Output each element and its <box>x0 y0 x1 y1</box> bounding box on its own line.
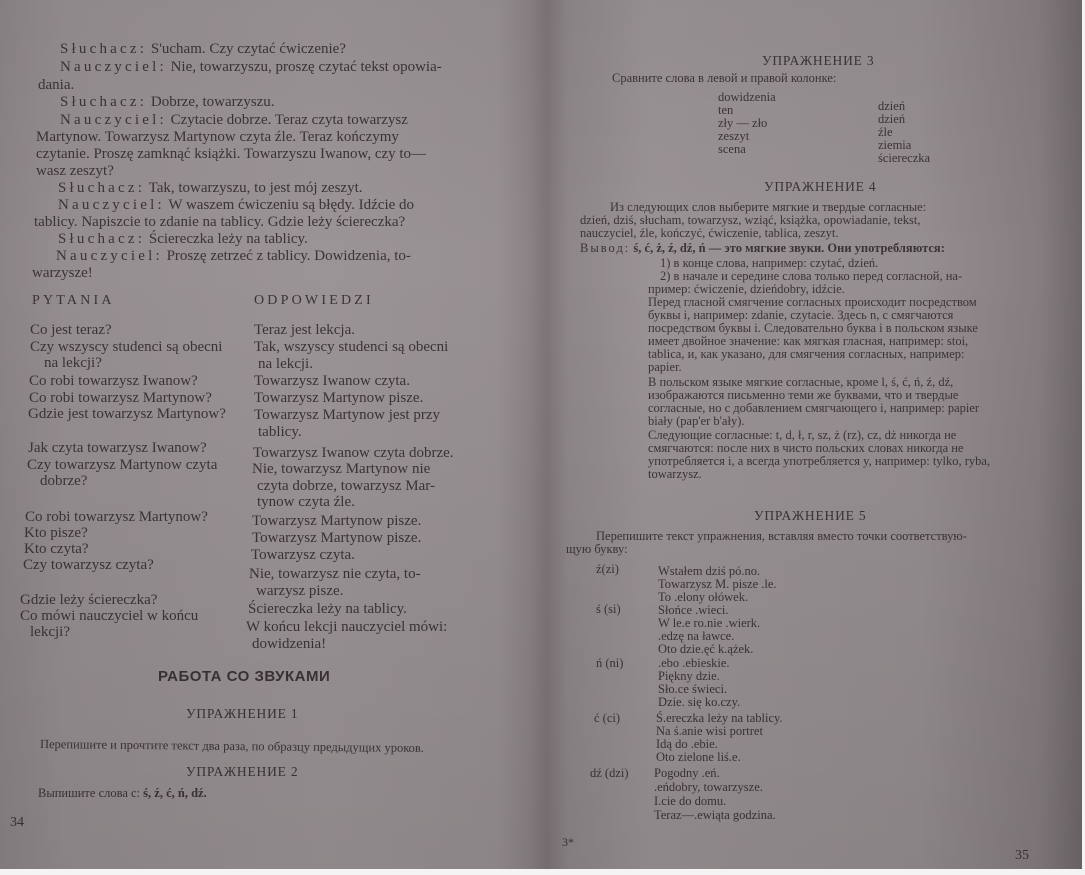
dialogue-cont: Martynow. Towarzysz Martynow czyta źle. … <box>36 129 399 145</box>
dialogue-cont: tablicy. Napiszcie to zdanie na tablicy.… <box>34 214 405 230</box>
rule-line: tablica, и, как указано, для смягчения с… <box>648 348 964 361</box>
rule-line: biały (pap'er b'ały). <box>648 415 744 428</box>
answer: Ściereczka leży na tablicy. <box>248 601 407 617</box>
group-letter: dź (dzi) <box>590 767 629 780</box>
conclusion: Вывод: ś, ć, ż, ź, dź, ń — это мягкие зв… <box>580 242 945 255</box>
dialogue-cont: warzysze! <box>32 265 93 281</box>
left-page: Słuchacz: S'ucham. Czy czytać ćwiczenie?… <box>0 0 520 869</box>
answer: tynow czyta źle. <box>257 494 355 510</box>
dialogue-cont: czytanie. Proszę zamknąć książki. Towarz… <box>36 146 426 162</box>
group-letter: ń (ni) <box>596 657 623 670</box>
exercise-line: .eńdobry, towarzysze. <box>654 781 763 794</box>
question: Czy wszyscy studenci są obecni <box>30 339 222 355</box>
answers-header: ODPOWIEDZI <box>254 293 374 309</box>
answer: Towarzysz Iwanow czyta. <box>254 373 410 389</box>
dialogue-line: Nauczyciel: Proszę zetrzeć z tablicy. Do… <box>56 248 411 264</box>
answer: na lekcji. <box>258 356 313 372</box>
dialogue-cont: dania. <box>38 77 74 93</box>
answer: czyta dobrze, towarzysz Mar- <box>257 478 435 494</box>
question: Co robi towarzysz Martynow? <box>25 509 208 525</box>
bottom-edge <box>0 869 1085 875</box>
exercise-4-line: nauczyciel, źle, kończyć, ćwiczenie, tab… <box>580 227 839 240</box>
ex3-right-word: ściereczka <box>878 152 930 165</box>
exercise-line: Dzie. się ko.czy. <box>658 696 740 709</box>
exercise-line: Oto zielone liś.e. <box>656 751 741 764</box>
dialogue-line: Nauczyciel: Czytacie dobrze. Teraz czyta… <box>60 112 408 128</box>
answer: Towarzysz Iwanow czyta dobrze. <box>253 445 454 461</box>
answer: Towarzysz Martynow pisze. <box>254 390 423 406</box>
answer: Towarzysz Martynow pisze. <box>252 513 421 529</box>
exercise-5-title: УПРАЖНЕНИЕ 5 <box>754 508 866 524</box>
question: Co robi towarzysz Martynow? <box>29 390 212 406</box>
answer: tablicy. <box>258 424 302 440</box>
answer: Tak, wszyscy studenci są obecni <box>254 339 448 355</box>
exercise-3-title: УПРАЖНЕНИЕ 3 <box>762 53 874 69</box>
section-title: РАБОТА СО ЗВУКАМИ <box>158 669 330 685</box>
group-letter: ś (si) <box>596 603 621 616</box>
question: Czy towarzysz Martynow czyta <box>27 457 217 473</box>
answer: Towarzysz czyta. <box>251 547 355 563</box>
page-number-left: 34 <box>10 815 24 831</box>
exercise-5-instruction: щую букву: <box>566 543 628 556</box>
question: Co jest teraz? <box>30 322 112 338</box>
rule-line: towarzysz. <box>648 468 702 481</box>
ex3-left-word: scena <box>718 143 746 156</box>
dialogue-line: Słuchacz: Ściereczka leży na tablicy. <box>58 231 308 247</box>
question: dobrze? <box>40 473 87 489</box>
dialogue-line: Słuchacz: Tak, towarzyszu, to jest mój z… <box>58 180 362 196</box>
exercise-2-text: Выпишите слова с: ś, ź, ć, ń, dź. <box>38 787 207 800</box>
exercise-line: I.cie do domu. <box>654 795 726 808</box>
exercise-3-instruction: Сравните слова в левой и правой колонке: <box>612 72 836 85</box>
question: Gdzie jest towarzysz Martynow? <box>28 406 226 422</box>
dialogue-cont: wasz zeszyt? <box>36 163 114 179</box>
exercise-1-title: УПРАЖНЕНИЕ 1 <box>186 706 298 722</box>
exercise-line: Teraz—.ewiąta godzina. <box>654 809 776 822</box>
dialogue-line: Słuchacz: Dobrze, towarzyszu. <box>60 94 275 110</box>
dialogue-line: Słuchacz: S'ucham. Czy czytać ćwiczenie? <box>60 41 346 57</box>
dialogue-line: Nauczyciel: Nie, towarzyszu, proszę czyt… <box>60 59 442 75</box>
answer: Teraz jest lekcja. <box>254 322 355 338</box>
page-number-right: 35 <box>1015 848 1029 864</box>
question: Co robi towarzysz Iwanow? <box>29 373 198 389</box>
rule-line: papier. <box>648 361 682 374</box>
answer: W końcu lekcji nauczyciel mówi: <box>246 619 447 635</box>
question: Czy towarzysz czyta? <box>23 557 154 573</box>
answer: Nie, towarzysz nie czyta, to- <box>249 566 421 582</box>
right-page: УПРАЖНЕНИЕ 3 Сравните слова в левой и пр… <box>538 0 1082 869</box>
exercise-5-instruction: Перепишите текст упражнения, вставляя вм… <box>596 530 967 543</box>
question: lekcji? <box>30 624 70 640</box>
answer: warzysz pisze. <box>256 583 343 599</box>
group-letter: ć (ci) <box>594 712 620 725</box>
exercise-1-text: Перепишите и прочтите текст два раза, по… <box>40 738 424 755</box>
question: na lekcji? <box>44 355 102 371</box>
exercise-line: Oto dzie.ęć k.ążek. <box>658 643 753 656</box>
question: Gdzie leży ściereczka? <box>20 592 157 608</box>
exercise-2-title: УПРАЖНЕНИЕ 2 <box>186 764 298 780</box>
dialogue-line: Nauczyciel: W waszem ćwiczeniu są błędy.… <box>58 197 414 213</box>
book-spread: Słuchacz: S'ucham. Czy czytać ćwiczenie?… <box>0 0 1082 869</box>
question: Kto czyta? <box>24 541 89 557</box>
exercise-line: Pogodny .eń. <box>654 767 720 780</box>
signature-mark: 3* <box>562 834 574 850</box>
answer: Nie, towarzysz Martynow nie <box>252 461 430 477</box>
answer: Towarzysz Martynow pisze. <box>252 530 421 546</box>
question: Kto pisze? <box>24 525 88 541</box>
question: Co mówi nauczyciel w końcu <box>20 608 198 624</box>
question: Jak czyta towarzysz Iwanow? <box>28 440 207 456</box>
exercise-4-title: УПРАЖНЕНИЕ 4 <box>764 179 876 195</box>
answer: dowidzenia! <box>252 636 326 652</box>
answer: Towarzysz Martynow jest przy <box>254 407 440 423</box>
questions-header: PYTANIA <box>32 293 115 309</box>
group-letter: ź(zi) <box>596 563 619 576</box>
